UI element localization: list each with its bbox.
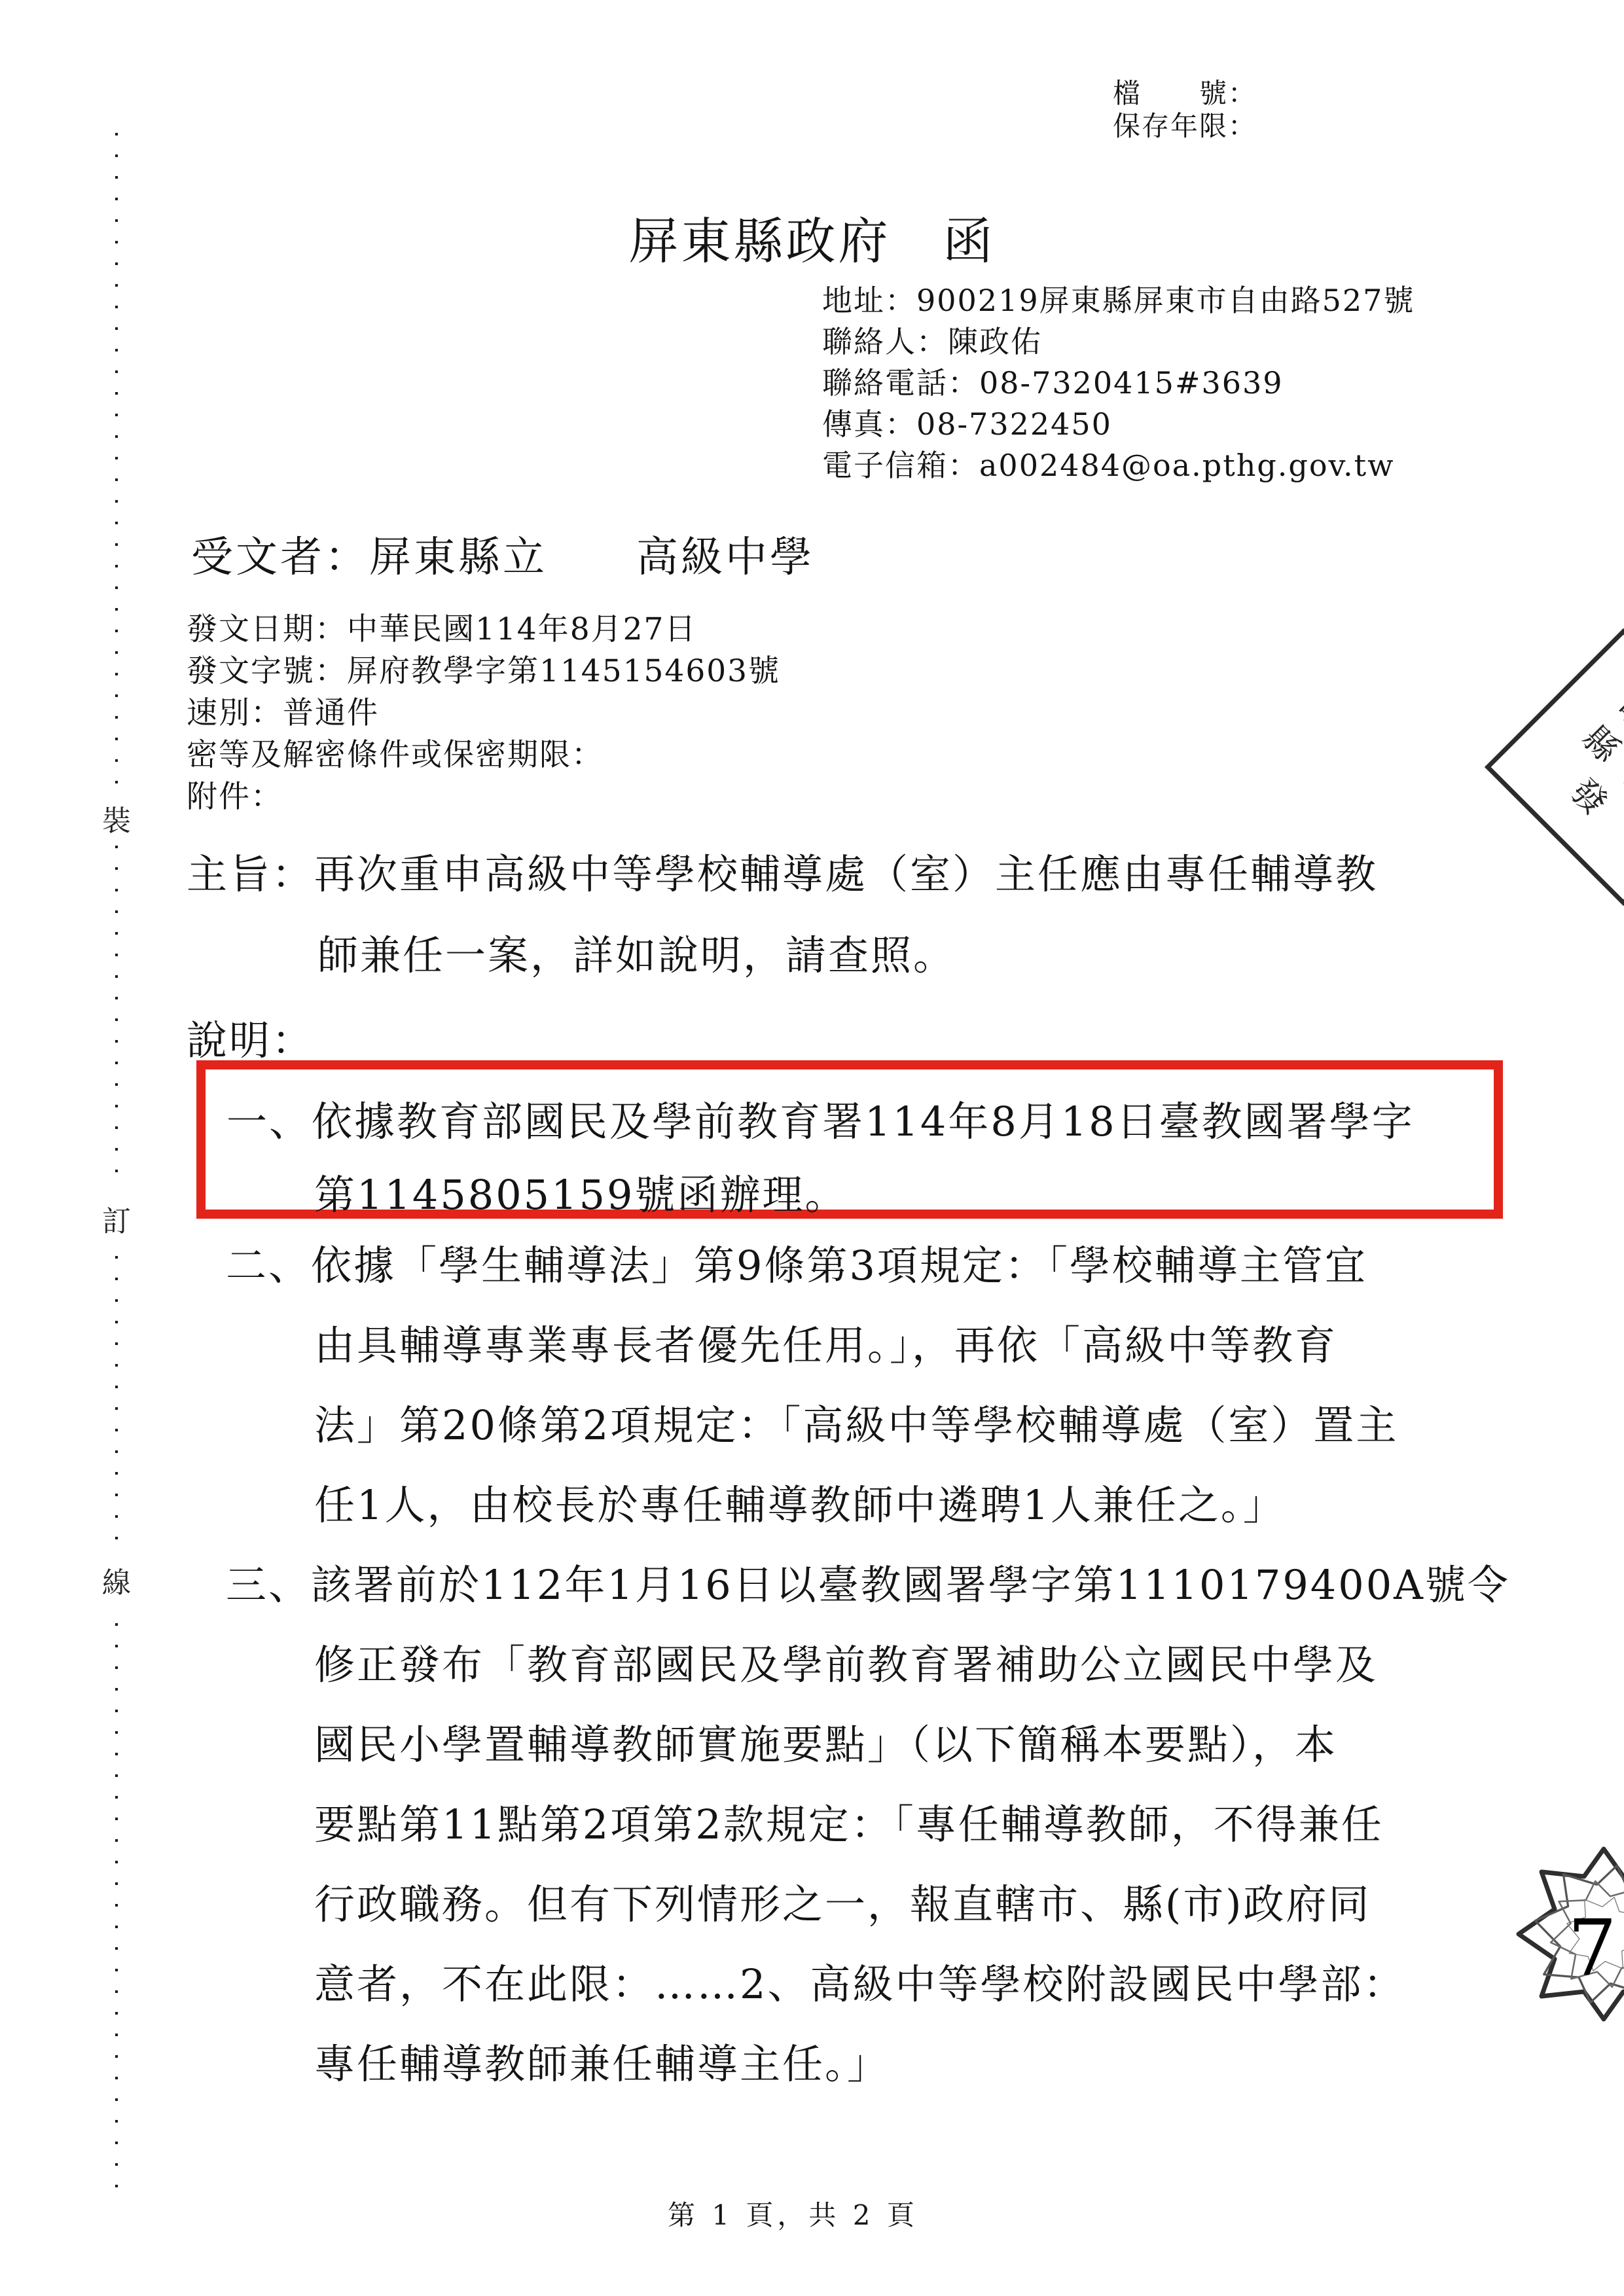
file-number-label: 檔 號： bbox=[1113, 77, 1257, 110]
binding-mark-xian: 線 bbox=[101, 1552, 132, 1607]
explanation-item3-line2: 修正發布「教育部國民及學前教育署補助公立國民中學及 bbox=[314, 1625, 1510, 1705]
subject-line-2: 師兼任一案，詳如說明，請查照。 bbox=[317, 915, 1378, 996]
speed-class: 速別：普通件 bbox=[187, 692, 780, 734]
binding-dotted-rule bbox=[115, 133, 118, 2195]
explanation-item2-line2: 由具輔導專業專長者優先任用。」，再依「高級中等教育 bbox=[314, 1306, 1398, 1386]
sender-contact-person: 聯絡人：陳政佑 bbox=[822, 321, 1415, 363]
explanation-item3: 三、該署前於112年1月16日以臺教國署學字第1110179400A號令 修正發… bbox=[226, 1545, 1510, 2104]
sender-email: 電子信箱：a002484@oa.pthg.gov.tw bbox=[822, 445, 1415, 486]
explanation-item3-line1: 三、該署前於112年1月16日以臺教國署學字第1110179400A號令 bbox=[226, 1545, 1510, 1625]
explanation-item2-line1: 二、依據「學生輔導法」第9條第3項規定：「學校輔導主管宜 bbox=[226, 1226, 1398, 1306]
explanation-item2-line4: 任1人，由校長於專任輔導教師中遴聘1人兼任之。」 bbox=[314, 1465, 1398, 1545]
explanation-item3-line3: 國民小學置輔導教師實施要點」（以下簡稱本要點），本 bbox=[314, 1705, 1510, 1785]
explanation-label: 說明： bbox=[187, 1008, 314, 1066]
sender-address: 地址：900219屏東縣屏東市自由路527號 bbox=[822, 280, 1415, 321]
issue-number: 發文字號：屏府教學字第1145154603號 bbox=[187, 651, 780, 692]
subject-line-1: 主旨：再次重申高級中等學校輔導處（室）主任應由專任輔導教 bbox=[187, 834, 1378, 915]
document-page: 裝 訂 線 檔 號： 保存年限： 屏東縣政府 函 地址：900219屏東縣屏東市… bbox=[0, 0, 1624, 2296]
explanation-item3-line4: 要點第11點第2項第2款規定：「專任輔導教師，不得兼任 bbox=[314, 1785, 1510, 1865]
binding-mark-zhuang: 裝 bbox=[101, 791, 132, 846]
meta-block: 發文日期：中華民國114年8月27日 發文字號：屏府教學字第1145154603… bbox=[187, 609, 780, 818]
explanation-item3-line6: 意者，不在此限：……2、高級中等學校附設國民中學部： bbox=[314, 1945, 1510, 2024]
explanation-item2-line3: 法」第20條第2項規定：「高級中等學校輔導處（室）置主 bbox=[314, 1386, 1398, 1465]
sender-phone: 聯絡電話：08-7320415#3639 bbox=[822, 363, 1415, 404]
rosette-seal-icon: 7 bbox=[1506, 1836, 1624, 2032]
explanation-item1-line2: 第1145805159號函辦理。 bbox=[314, 1162, 847, 1221]
highlight-box: 一、依據教育部國民及學前教育署114年8月18日臺教國署學字 第11458051… bbox=[196, 1060, 1503, 1219]
sender-contact-block: 地址：900219屏東縣屏東市自由路527號 聯絡人：陳政佑 聯絡電話：08-7… bbox=[822, 280, 1415, 486]
file-number-block: 檔 號： 保存年限： bbox=[1113, 77, 1257, 143]
binding-mark-ding: 訂 bbox=[101, 1191, 132, 1246]
explanation-item3-line7: 專任輔導教師兼任輔導主任。」 bbox=[314, 2024, 1510, 2104]
issue-date: 發文日期：中華民國114年8月27日 bbox=[187, 609, 780, 651]
explanation-item1-line1: 一、依據教育部國民及學前教育署114年8月18日臺教國署學字 bbox=[226, 1089, 1415, 1147]
recipient-line: 受文者：屏東縣立 高級中學 bbox=[191, 524, 814, 584]
sender-fax: 傳真：08-7322450 bbox=[822, 404, 1415, 445]
subject-block: 主旨：再次重申高級中等學校輔導處（室）主任應由專任輔導教 師兼任一案，詳如說明，… bbox=[187, 834, 1378, 996]
exchange-stamp-icon: 電 文 縣 時 發 bbox=[1485, 628, 1624, 906]
rosette-number: 7 bbox=[1568, 1903, 1617, 1993]
attachment-label: 附件： bbox=[187, 776, 780, 818]
page-footer: 第 1 頁，共 2 頁 bbox=[668, 2194, 918, 2233]
explanation-item3-line5: 行政職務。但有下列情形之一，報直轄市、縣(市)政府同 bbox=[314, 1865, 1510, 1945]
document-title: 屏東縣政府 函 bbox=[0, 202, 1624, 273]
security-class: 密等及解密條件或保密期限： bbox=[187, 734, 780, 776]
explanation-item2: 二、依據「學生輔導法」第9條第3項規定：「學校輔導主管宜 由具輔導專業專長者優先… bbox=[226, 1226, 1398, 1545]
retention-label: 保存年限： bbox=[1113, 110, 1257, 143]
